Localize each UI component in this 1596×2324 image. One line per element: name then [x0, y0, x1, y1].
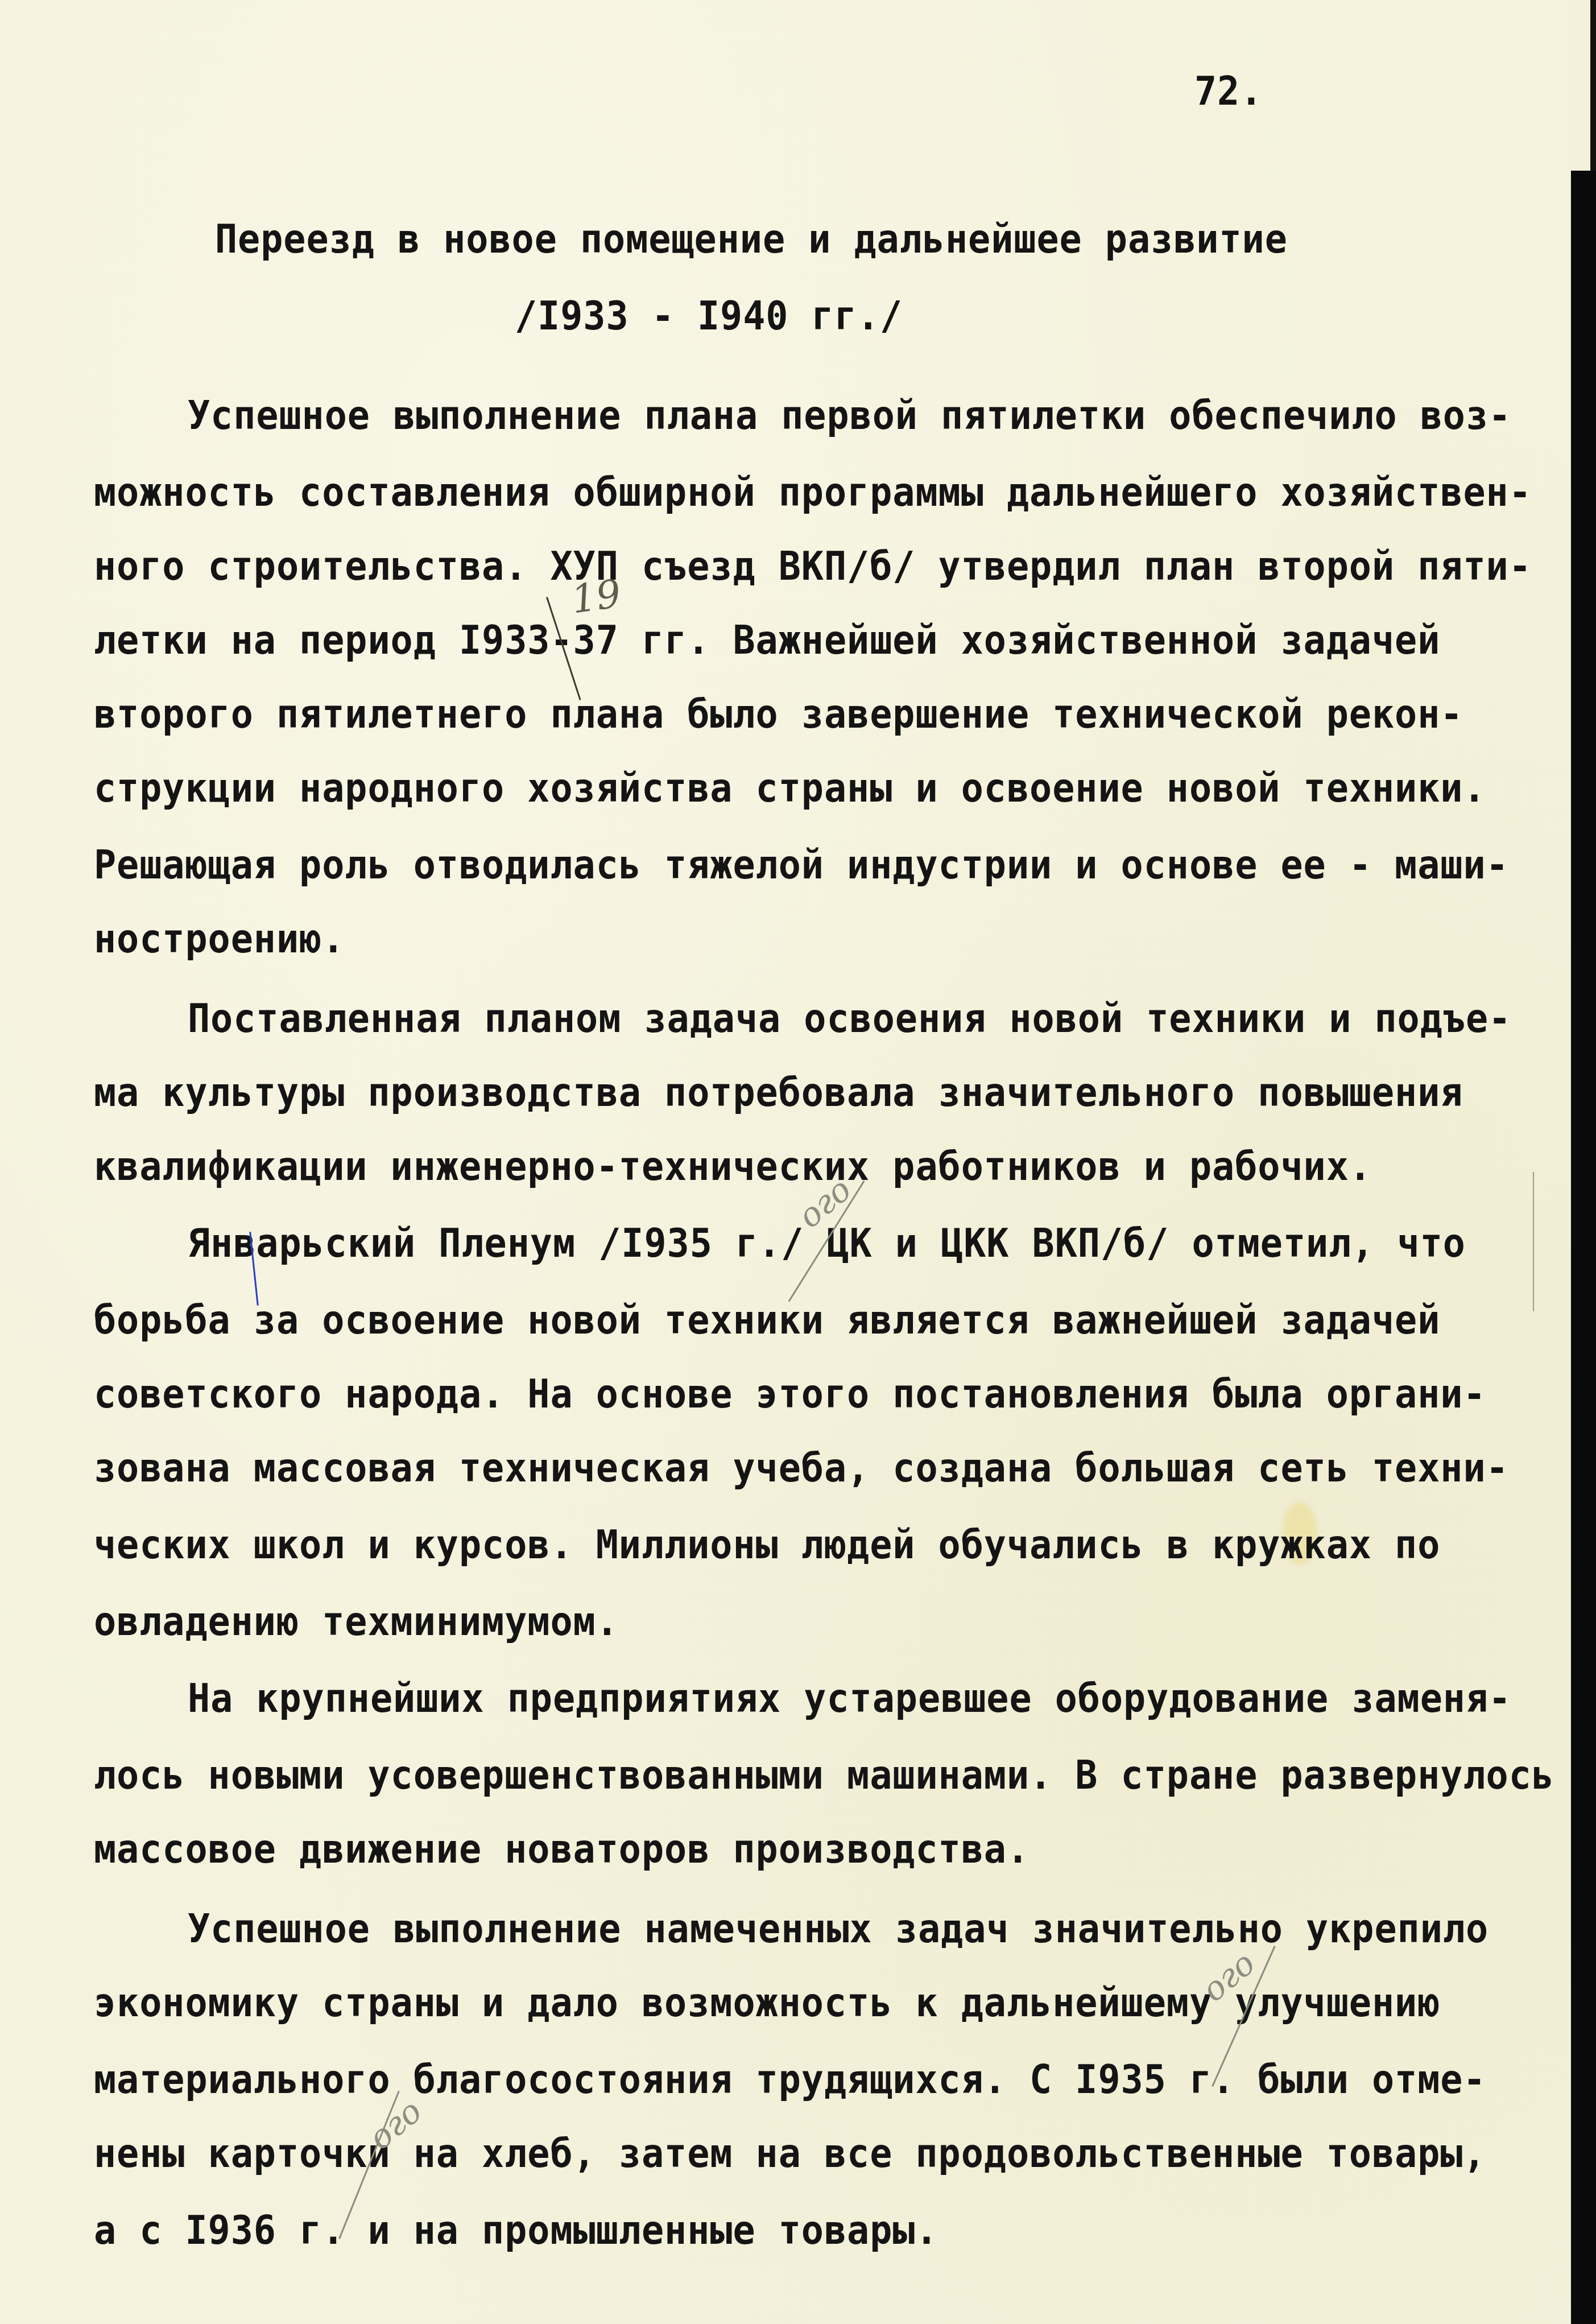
text-line: второго пятилетнего плана было завершени…: [94, 694, 1463, 734]
text-line: летки на период I933-37 гг. Важнейшей хо…: [94, 620, 1440, 660]
text-line: Успешное выполнение плана первой пятилет…: [188, 395, 1511, 435]
text-line: квалификации инженерно-технических работ…: [94, 1146, 1372, 1186]
text-line: Январьский Пленум /I935 г./ ЦК и ЦКК ВКП…: [188, 1223, 1466, 1263]
text-line: Решающая роль отводилась тяжелой индустр…: [94, 845, 1509, 885]
text-line: материального благосостояния трудящихся.…: [94, 2059, 1486, 2099]
margin-bracket: [1533, 1172, 1545, 1311]
text-line: борьба за освоение новой техники являетс…: [94, 1300, 1440, 1340]
text-line: овладению техминимумом.: [94, 1601, 619, 1641]
section-heading-years: /I933 - I940 гг./: [515, 296, 903, 336]
text-line: ного строительства. ХУП съезд ВКП/б/ утв…: [94, 546, 1532, 586]
scan-edge: [1571, 171, 1596, 2324]
scan-edge-top: [1590, 0, 1596, 171]
text-line: массовое движение новаторов производства…: [94, 1829, 1029, 1869]
page-number: 72.: [1194, 71, 1263, 111]
handwritten-correction: 19: [569, 571, 624, 622]
text-line: ма культуры производства потребовала зна…: [94, 1072, 1463, 1112]
text-line: ческих школ и курсов. Миллионы людей обу…: [94, 1525, 1440, 1565]
text-line: нены карточки на хлеб, затем на все прод…: [94, 2133, 1486, 2173]
text-line: Успешное выполнение намеченных задач зна…: [188, 1909, 1489, 1949]
text-line: Поставленная планом задача освоения ново…: [188, 998, 1511, 1038]
text-line: зована массовая техническая учеба, созда…: [94, 1448, 1509, 1488]
section-heading: Переезд в новое помещение и дальнейшее р…: [215, 219, 1288, 259]
text-line: лось новыми усовершенствованными машинам…: [94, 1755, 1554, 1795]
text-line: советского народа. На основе этого поста…: [94, 1374, 1486, 1414]
text-line: можность составления обширной программы …: [94, 472, 1532, 512]
text-line: а с I936 г. и на промышленные товары.: [94, 2210, 938, 2250]
text-line: На крупнейших предприятиях устаревшее об…: [188, 1678, 1511, 1718]
text-line: ностроению.: [94, 919, 345, 959]
text-line: струкции народного хозяйства страны и ос…: [94, 768, 1486, 808]
